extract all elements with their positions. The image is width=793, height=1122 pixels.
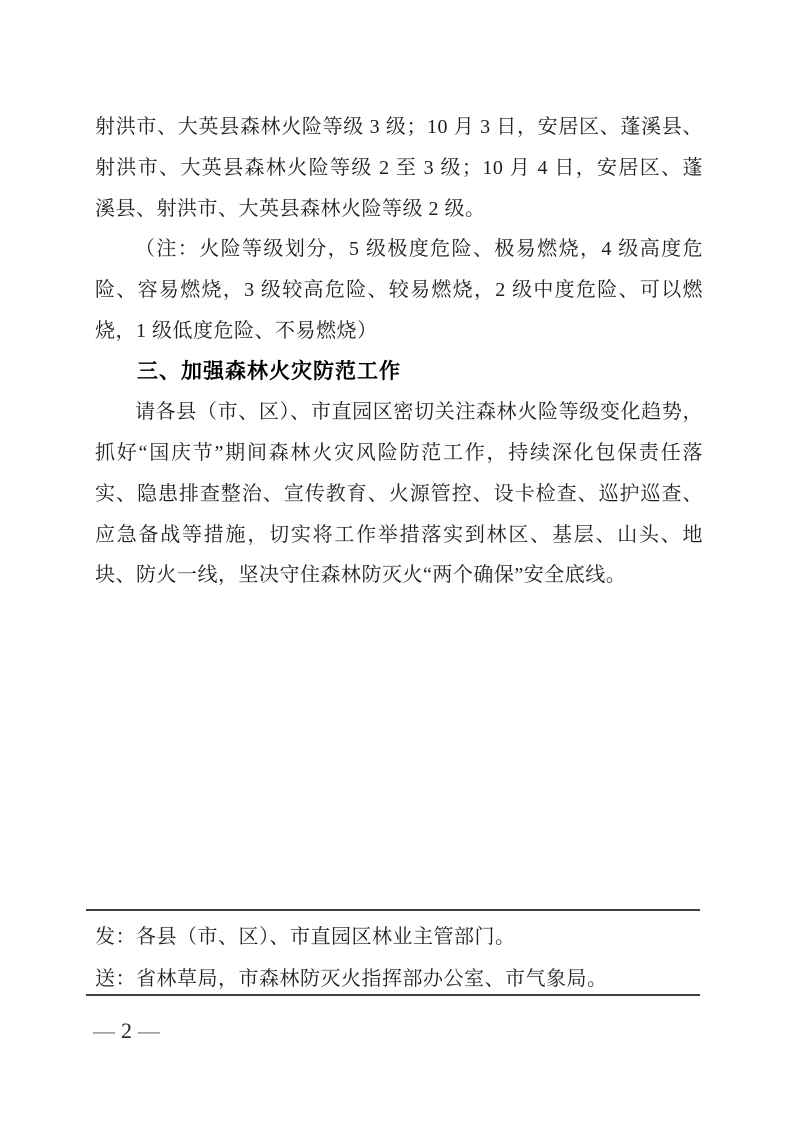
para3-line-2: 抓好“国庆节”期间森林火灾风险防范工作，持续深化包保责任落 bbox=[95, 433, 703, 474]
page-number-dash-right: — bbox=[138, 1018, 160, 1043]
note-line-3: 烧，1 级低度危险、不易燃烧） bbox=[95, 311, 703, 352]
body-line-2: 射洪市、大英县森林火险等级 2 至 3 级；10 月 4 日，安居区、蓬 bbox=[95, 148, 703, 189]
body-line-1: 射洪市、大英县森林火险等级 3 级；10 月 3 日，安居区、蓬溪县、 bbox=[95, 107, 703, 148]
document-body: 射洪市、大英县森林火险等级 3 级；10 月 3 日，安居区、蓬溪县、 射洪市、… bbox=[95, 107, 703, 596]
footer-distribution-line: 发：各县（市、区）、市直园区林业主管部门。 bbox=[95, 916, 703, 958]
page-number-dash-left: — bbox=[93, 1018, 115, 1043]
footer-divider-top bbox=[86, 909, 700, 911]
para3-line-1: 请各县（市、区）、市直园区密切关注森林火险等级变化趋势， bbox=[95, 392, 703, 433]
para3-line-5: 块、防火一线，坚决守住森林防灭火“两个确保”安全底线。 bbox=[95, 555, 703, 596]
para3-line-4: 应急备战等措施，切实将工作举措落实到林区、基层、山头、地 bbox=[95, 515, 703, 556]
section-heading: 三、加强森林火灾防范工作 bbox=[95, 352, 703, 393]
page-number-value: 2 bbox=[115, 1018, 138, 1043]
note-line-2: 险、容易燃烧，3 级较高危险、较易燃烧，2 级中度危险、可以燃 bbox=[95, 270, 703, 311]
para3-line-3: 实、隐患排查整治、宣传教育、火源管控、设卡检查、巡护巡查、 bbox=[95, 474, 703, 515]
note-line-1: （注：火险等级划分，5 级极度危险、极易燃烧，4 级高度危 bbox=[95, 229, 703, 270]
page-number: —2— bbox=[93, 1016, 160, 1046]
footer-divider-bottom bbox=[86, 994, 700, 996]
body-line-3: 溪县、射洪市、大英县森林火险等级 2 级。 bbox=[95, 189, 703, 230]
document-page: 射洪市、大英县森林火险等级 3 级；10 月 3 日，安居区、蓬溪县、 射洪市、… bbox=[0, 0, 793, 1122]
